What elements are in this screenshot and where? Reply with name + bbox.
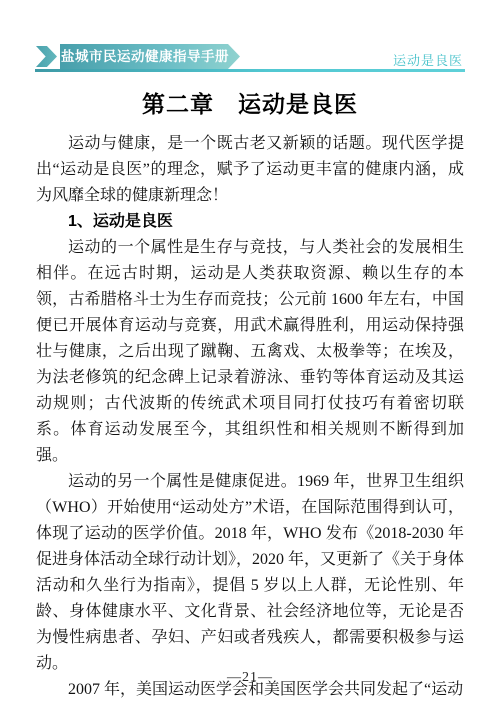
chapter-title: 第二章 运动是良医 [0, 86, 500, 119]
page-number: —21— [0, 670, 500, 686]
section-heading: 1、运动是良医 [36, 209, 464, 235]
header-section-label: 运动是良医 [393, 50, 463, 69]
header-banner: 盐城市民运动健康指导手册 [60, 44, 240, 69]
page-header: 盐城市民运动健康指导手册 运动是良医 [35, 44, 465, 70]
chevron-right-icon [36, 46, 57, 67]
document-page: 盐城市民运动健康指导手册 运动是良医 第二章 运动是良医 运动与健康，是一个既古… [0, 0, 500, 712]
header-rule-divider [35, 69, 465, 72]
header-banner-text: 盐城市民运动健康指导手册 [61, 49, 229, 64]
paragraph: 运动的一个属性是生存与竞技，与人类社会的发展相生相伴。在远古时期，运动是人类获取… [36, 235, 464, 469]
paragraph: 运动的另一个属性是健康促进。1969 年，世界卫生组织（WHO）开始使用“运动处… [36, 469, 464, 677]
paragraph: 运动与健康，是一个既古老又新颖的话题。现代医学提出“运动是良医”的理念，赋予了运… [36, 131, 464, 209]
body-text: 运动与健康，是一个既古老又新颖的话题。现代医学提出“运动是良医”的理念，赋予了运… [36, 131, 464, 703]
